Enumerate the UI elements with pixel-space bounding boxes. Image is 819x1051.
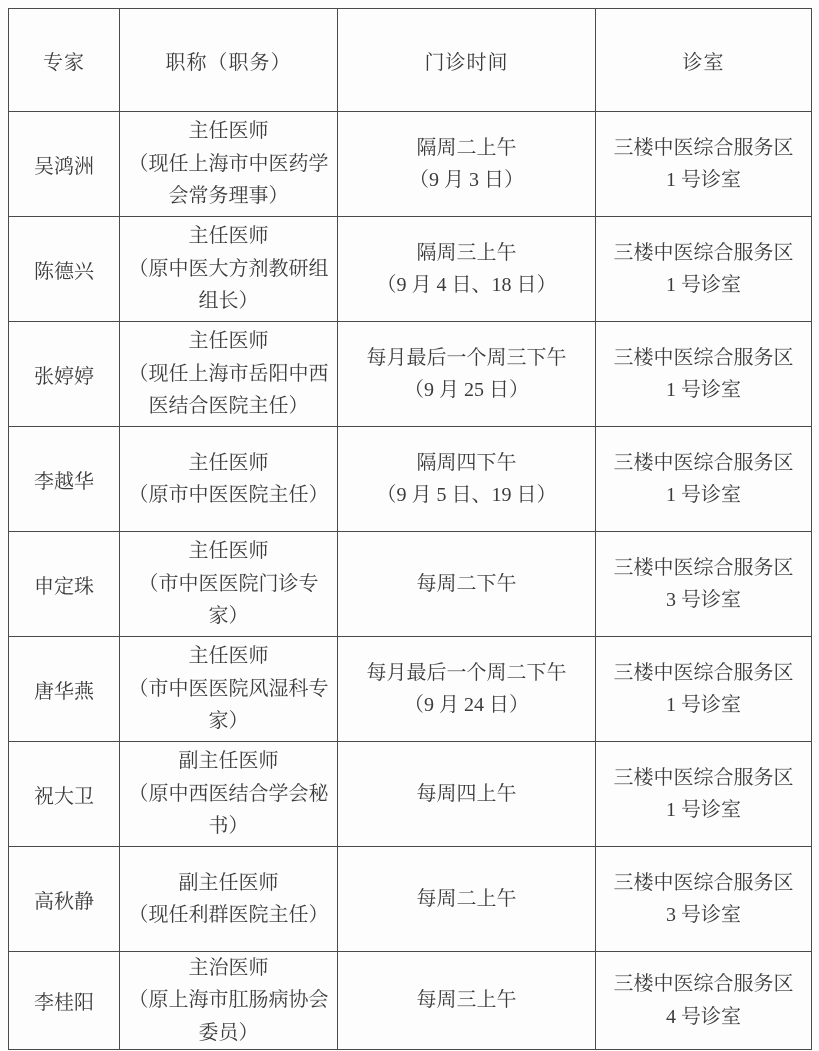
title-position-cell: 主任医师（原中医大方剂教研组组长）: [120, 217, 338, 322]
column-header-expert: 专家: [9, 9, 120, 112]
position-text: （现任利群医院主任）: [128, 899, 330, 931]
table-row: 高秋静副主任医师（现任利群医院主任）每周二上午三楼中医综合服务区3 号诊室: [9, 847, 812, 952]
room-area-text: 三楼中医综合服务区: [602, 237, 805, 269]
position-text: （原上海市肛肠病协会委员）: [128, 984, 330, 1049]
title-text: 副主任医师: [126, 867, 331, 899]
room-number-text: 1 号诊室: [602, 164, 805, 196]
time-text: 隔周三上午: [344, 237, 589, 269]
title-text: 主任医师: [126, 115, 331, 147]
room-number-text: 1 号诊室: [602, 689, 805, 721]
room-area-text: 三楼中医综合服务区: [602, 867, 805, 899]
table-header-row: 专家职称（职务）门诊时间诊室: [9, 9, 812, 112]
room-area-text: 三楼中医综合服务区: [602, 447, 805, 479]
room-area-text: 三楼中医综合服务区: [602, 132, 805, 164]
dates-text: （9 月 4 日、18 日）: [344, 269, 589, 301]
table-header: 专家职称（职务）门诊时间诊室: [9, 9, 812, 112]
title-position-cell: 主任医师（市中医医院门诊专家）: [120, 532, 338, 637]
time-text: 每周二上午: [344, 883, 589, 915]
time-text: 每月最后一个周二下午: [344, 657, 589, 689]
expert-name-cell: 张婷婷: [9, 322, 120, 427]
room-area-text: 三楼中医综合服务区: [602, 657, 805, 689]
table-row: 申定珠主任医师（市中医医院门诊专家）每周二下午三楼中医综合服务区3 号诊室: [9, 532, 812, 637]
column-header-time: 门诊时间: [338, 9, 596, 112]
expert-name-cell: 李越华: [9, 427, 120, 532]
time-text: 隔周四下午: [344, 447, 589, 479]
room-area-text: 三楼中医综合服务区: [602, 762, 805, 794]
expert-schedule-table-container: 专家职称（职务）门诊时间诊室 吴鸿洲主任医师（现任上海市中医药学会常务理事）隔周…: [8, 8, 812, 1050]
room-cell: 三楼中医综合服务区1 号诊室: [596, 427, 812, 532]
expert-name-cell: 李桂阳: [9, 952, 120, 1050]
room-number-text: 1 号诊室: [602, 479, 805, 511]
room-cell: 三楼中医综合服务区1 号诊室: [596, 637, 812, 742]
clinic-time-cell: 每周二上午: [338, 847, 596, 952]
expert-name-cell: 申定珠: [9, 532, 120, 637]
title-text: 主任医师: [126, 640, 331, 672]
time-text: 每周二下午: [344, 568, 589, 600]
dates-text: （9 月 5 日、19 日）: [344, 479, 589, 511]
room-number-text: 3 号诊室: [602, 584, 805, 616]
title-position-cell: 主治医师（原上海市肛肠病协会委员）: [120, 952, 338, 1050]
expert-schedule-table: 专家职称（职务）门诊时间诊室 吴鸿洲主任医师（现任上海市中医药学会常务理事）隔周…: [8, 8, 812, 1050]
dates-text: （9 月 25 日）: [344, 374, 589, 406]
room-cell: 三楼中医综合服务区3 号诊室: [596, 847, 812, 952]
title-position-cell: 主任医师（原市中医医院主任）: [120, 427, 338, 532]
room-number-text: 3 号诊室: [602, 899, 805, 931]
position-text: （原中西医结合学会秘书）: [128, 778, 330, 843]
column-header-title: 职称（职务）: [120, 9, 338, 112]
title-position-cell: 主任医师（现任上海市岳阳中西医结合医院主任）: [120, 322, 338, 427]
room-cell: 三楼中医综合服务区4 号诊室: [596, 952, 812, 1050]
clinic-time-cell: 每周四上午: [338, 742, 596, 847]
position-text: （市中医医院门诊专家）: [128, 568, 330, 633]
title-position-cell: 主任医师（现任上海市中医药学会常务理事）: [120, 112, 338, 217]
room-number-text: 1 号诊室: [602, 374, 805, 406]
title-text: 主任医师: [126, 447, 331, 479]
title-text: 主治医师: [126, 952, 331, 984]
position-text: （原中医大方剂教研组组长）: [128, 253, 330, 318]
title-text: 主任医师: [126, 325, 331, 357]
room-cell: 三楼中医综合服务区1 号诊室: [596, 112, 812, 217]
room-area-text: 三楼中医综合服务区: [602, 552, 805, 584]
time-text: 每月最后一个周三下午: [344, 342, 589, 374]
table-row: 李越华主任医师（原市中医医院主任）隔周四下午（9 月 5 日、19 日）三楼中医…: [9, 427, 812, 532]
clinic-time-cell: 每周三上午: [338, 952, 596, 1050]
column-header-room: 诊室: [596, 9, 812, 112]
table-row: 陈德兴主任医师（原中医大方剂教研组组长）隔周三上午（9 月 4 日、18 日）三…: [9, 217, 812, 322]
table-row: 李桂阳主治医师（原上海市肛肠病协会委员）每周三上午三楼中医综合服务区4 号诊室: [9, 952, 812, 1050]
room-number-text: 1 号诊室: [602, 794, 805, 826]
room-number-text: 1 号诊室: [602, 269, 805, 301]
expert-name-cell: 祝大卫: [9, 742, 120, 847]
room-cell: 三楼中医综合服务区1 号诊室: [596, 217, 812, 322]
expert-name-cell: 吴鸿洲: [9, 112, 120, 217]
time-text: 每周四上午: [344, 778, 589, 810]
clinic-time-cell: 隔周四下午（9 月 5 日、19 日）: [338, 427, 596, 532]
clinic-time-cell: 每月最后一个周二下午（9 月 24 日）: [338, 637, 596, 742]
title-position-cell: 副主任医师（现任利群医院主任）: [120, 847, 338, 952]
table-body: 吴鸿洲主任医师（现任上海市中医药学会常务理事）隔周二上午（9 月 3 日）三楼中…: [9, 112, 812, 1050]
title-text: 主任医师: [126, 220, 331, 252]
room-number-text: 4 号诊室: [602, 1001, 805, 1033]
position-text: （现任上海市中医药学会常务理事）: [128, 148, 330, 213]
time-text: 每周三上午: [344, 984, 589, 1016]
expert-name-cell: 高秋静: [9, 847, 120, 952]
room-cell: 三楼中医综合服务区1 号诊室: [596, 742, 812, 847]
time-text: 隔周二上午: [344, 132, 589, 164]
clinic-time-cell: 隔周二上午（9 月 3 日）: [338, 112, 596, 217]
title-text: 副主任医师: [126, 745, 331, 777]
clinic-time-cell: 每周二下午: [338, 532, 596, 637]
position-text: （市中医医院风湿科专家）: [128, 673, 330, 738]
position-text: （现任上海市岳阳中西医结合医院主任）: [128, 358, 330, 423]
title-position-cell: 副主任医师（原中西医结合学会秘书）: [120, 742, 338, 847]
position-text: （原市中医医院主任）: [128, 479, 330, 511]
title-text: 主任医师: [126, 535, 331, 567]
table-row: 张婷婷主任医师（现任上海市岳阳中西医结合医院主任）每月最后一个周三下午（9 月 …: [9, 322, 812, 427]
dates-text: （9 月 3 日）: [344, 164, 589, 196]
expert-name-cell: 陈德兴: [9, 217, 120, 322]
room-area-text: 三楼中医综合服务区: [602, 342, 805, 374]
expert-name-cell: 唐华燕: [9, 637, 120, 742]
table-row: 祝大卫副主任医师（原中西医结合学会秘书）每周四上午三楼中医综合服务区1 号诊室: [9, 742, 812, 847]
room-cell: 三楼中医综合服务区3 号诊室: [596, 532, 812, 637]
room-area-text: 三楼中医综合服务区: [602, 968, 805, 1000]
dates-text: （9 月 24 日）: [344, 689, 589, 721]
clinic-time-cell: 每月最后一个周三下午（9 月 25 日）: [338, 322, 596, 427]
room-cell: 三楼中医综合服务区1 号诊室: [596, 322, 812, 427]
table-row: 唐华燕主任医师（市中医医院风湿科专家）每月最后一个周二下午（9 月 24 日）三…: [9, 637, 812, 742]
title-position-cell: 主任医师（市中医医院风湿科专家）: [120, 637, 338, 742]
table-row: 吴鸿洲主任医师（现任上海市中医药学会常务理事）隔周二上午（9 月 3 日）三楼中…: [9, 112, 812, 217]
clinic-time-cell: 隔周三上午（9 月 4 日、18 日）: [338, 217, 596, 322]
